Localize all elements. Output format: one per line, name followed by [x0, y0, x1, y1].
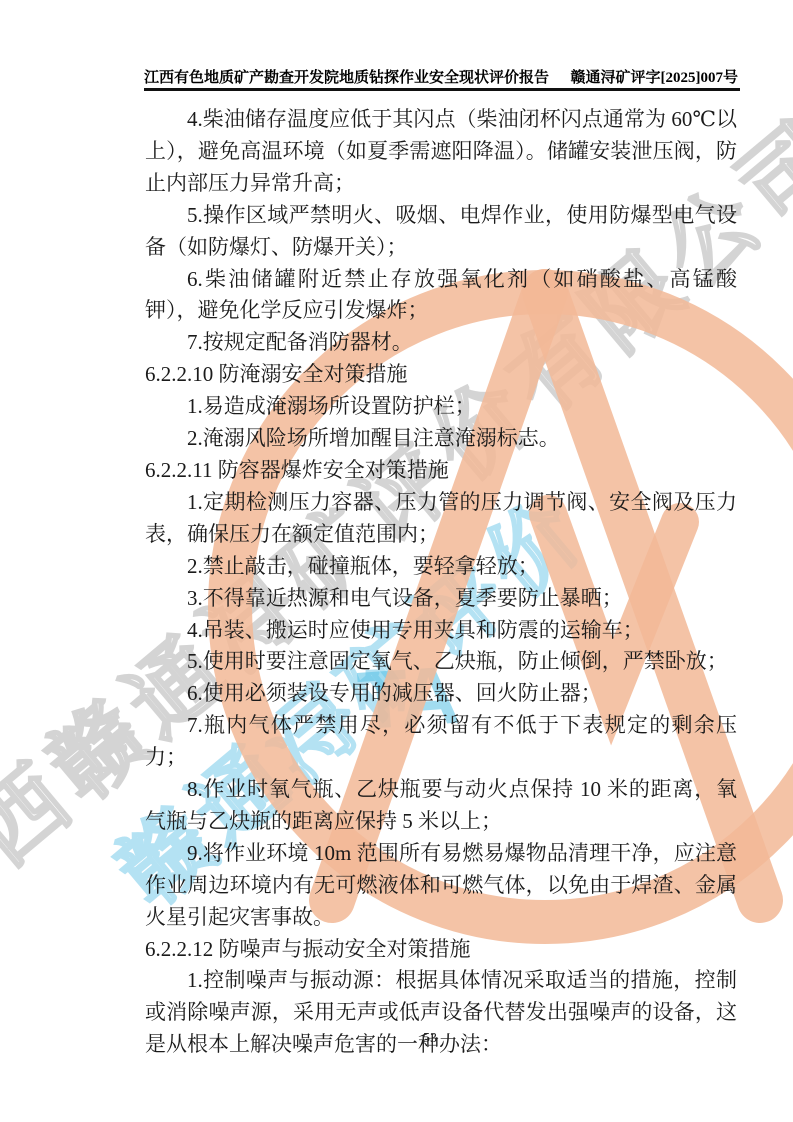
paragraph: 1.定期检测压力容器、压力管的压力调节阀、安全阀及压力表，确保压力在额定值范围内…: [145, 487, 737, 551]
document-page: 江西赣通浔矿评价有限公司 赣通浔矿评价 TA 江西有色地质矿产勘查开发院地质钻探…: [0, 0, 793, 1122]
paragraph: 4.吊装、搬运时应使用专用夹具和防震的运输车；: [145, 615, 737, 647]
paragraph: 7.按规定配备消防器材。: [145, 327, 737, 359]
page-header: 江西有色地质矿产勘查开发院地质钻探作业安全现状评价报告 赣通浔矿评字[2025]…: [144, 66, 738, 87]
header-rule: [144, 88, 740, 91]
section-heading: 6.2.2.12 防噪声与振动安全对策措施: [145, 934, 737, 966]
header-report-title: 江西有色地质矿产勘查开发院地质钻探作业安全现状评价报告: [144, 66, 549, 87]
paragraph: 5.操作区域严禁明火、吸烟、电焊作业，使用防爆型电气设备（如防爆灯、防爆开关）；: [145, 200, 737, 264]
section-heading: 6.2.2.11 防容器爆炸安全对策措施: [145, 455, 737, 487]
header-doc-number: 赣通浔矿评字[2025]007号: [571, 66, 739, 87]
paragraph: 2.淹溺风险场所增加醒目注意淹溺标志。: [145, 423, 737, 455]
paragraph: 2.禁止敲击，碰撞瓶体，要轻拿轻放；: [145, 551, 737, 583]
paragraph: 9.将作业环境 10m 范围所有易燃易爆物品清理干净，应注意作业周边环境内有无可…: [145, 838, 737, 934]
paragraph: 6.使用必须装设专用的减压器、回火防止器；: [145, 678, 737, 710]
body-text: 4.柴油储存温度应低于其闪点（柴油闭杯闪点通常为 60℃以上），避免高温环境（如…: [145, 104, 737, 1061]
paragraph: 8.作业时氧气瓶、乙炔瓶要与动火点保持 10 米的距离，氧气瓶与乙炔瓶的距离应保…: [145, 774, 737, 838]
paragraph: 5.使用时要注意固定氧气、乙炔瓶，防止倾倒，严禁卧放；: [145, 646, 737, 678]
paragraph: 4.柴油储存温度应低于其闪点（柴油闭杯闪点通常为 60℃以上），避免高温环境（如…: [145, 104, 737, 200]
page-number: 53: [145, 1031, 715, 1047]
paragraph: 1.易造成淹溺场所设置防护栏；: [145, 391, 737, 423]
paragraph: 7.瓶内气体严禁用尽，必须留有不低于下表规定的剩余压力；: [145, 710, 737, 774]
paragraph: 6.柴油储罐附近禁止存放强氧化剂（如硝酸盐、高锰酸钾），避免化学反应引发爆炸；: [145, 264, 737, 328]
section-heading: 6.2.2.10 防淹溺安全对策措施: [145, 359, 737, 391]
paragraph: 3.不得靠近热源和电气设备，夏季要防止暴晒；: [145, 583, 737, 615]
